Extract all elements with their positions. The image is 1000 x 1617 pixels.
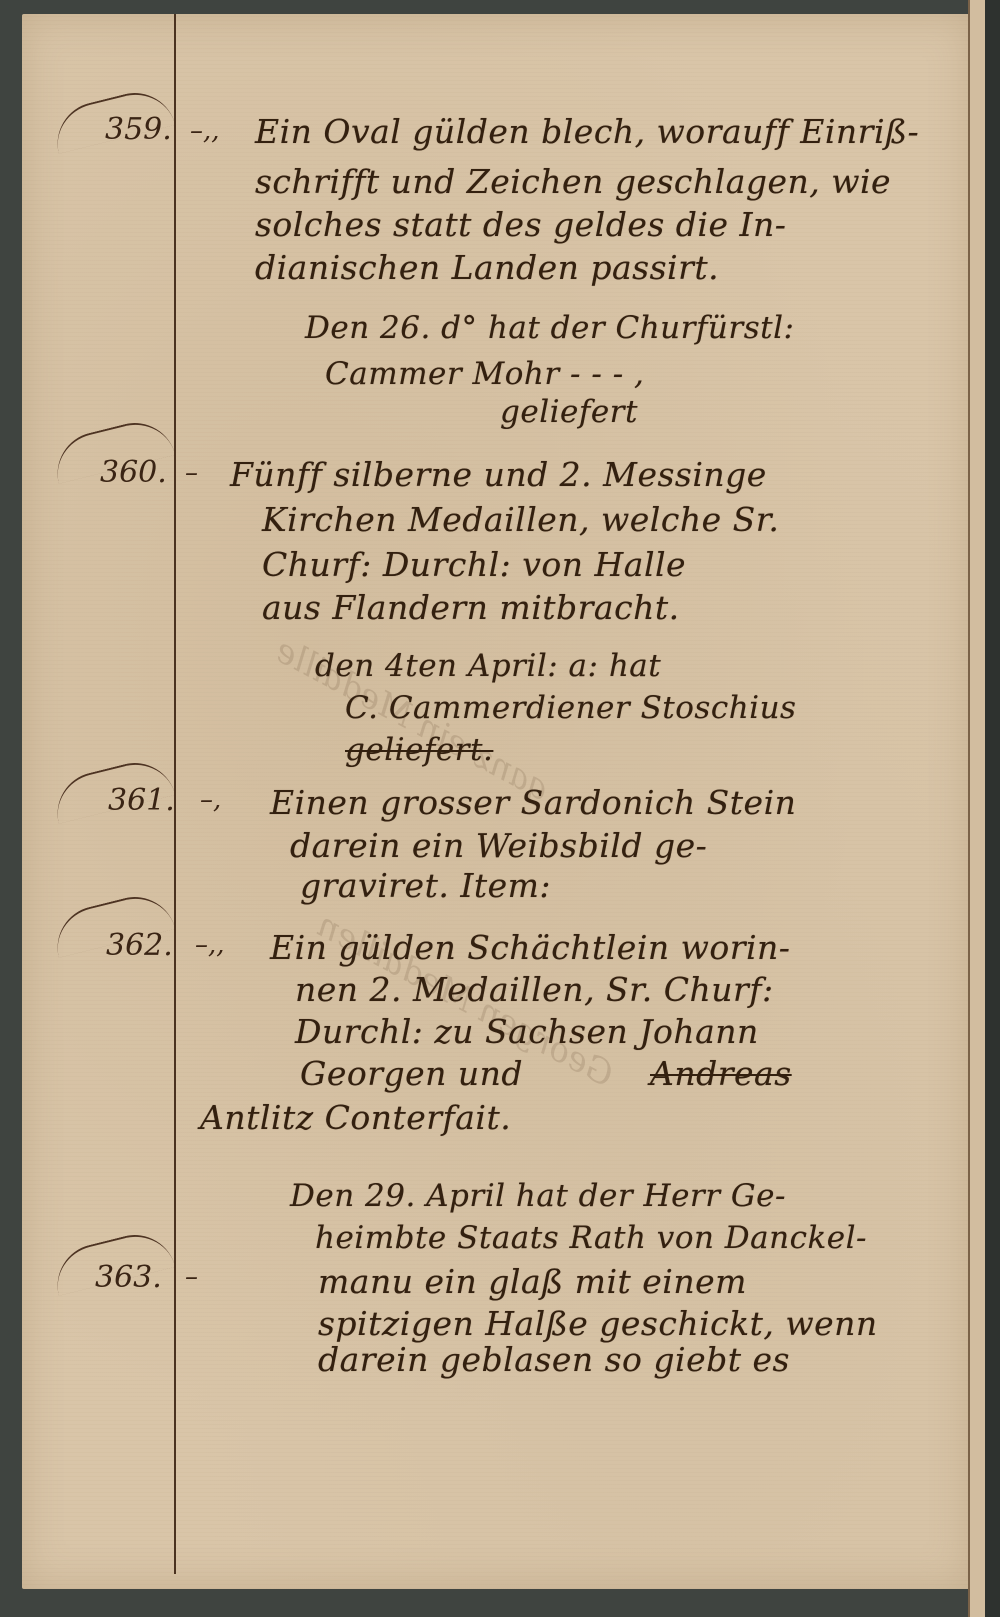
entry-text-line: darein geblasen so giebt es — [318, 1340, 790, 1379]
entry-text-line: dianischen Landen passirt. — [255, 248, 719, 287]
entry-text-line: Kirchen Medaillen, welche Sr. — [262, 500, 779, 539]
entry-text-line: schrifft und Zeichen geschlagen, wie — [255, 162, 891, 201]
delivery-note-line: den 4ten April: a: hat — [315, 648, 661, 684]
entry-text-line: Durchl: zu Sachsen Johann — [295, 1012, 759, 1051]
entry-text-line: manu ein glaß mit einem — [318, 1262, 747, 1301]
entry-text-line: darein ein Weibsbild ge- — [290, 826, 707, 865]
entry-text-line: solches statt des geldes die In- — [255, 205, 786, 244]
delivery-note-line: Cammer Mohr - - - , — [325, 356, 644, 392]
binding-edge — [985, 0, 1000, 1617]
delivery-note-line: geliefert — [500, 394, 638, 430]
entry-number: 363. — [95, 1260, 162, 1295]
entry-text-line: nen 2. Medaillen, Sr. Churf: — [295, 970, 774, 1009]
entry-dash: –,, — [195, 930, 225, 960]
entry-text-line: Churf: Durchl: von Halle — [262, 545, 686, 584]
entry-number: 362. — [106, 928, 173, 963]
entry-dash: –, — [200, 785, 221, 815]
entry-text-line: aus Flandern mitbracht. — [262, 588, 680, 627]
entry-text-line: Ein gülden Schächtlein worin- — [270, 928, 790, 967]
entry-text-line: graviret. Item: — [300, 866, 551, 905]
struck-out-word: Andreas — [650, 1054, 792, 1093]
entry-number: 360. — [100, 455, 167, 490]
delivery-note-line: heimbte Staats Rath von Danckel- — [315, 1220, 867, 1256]
entry-dash: – — [185, 458, 198, 488]
entry-dash: – — [185, 1262, 198, 1292]
delivery-note-line: Den 29. April hat der Herr Ge- — [290, 1178, 786, 1214]
entry-text-line: Einen grosser Sardonich Stein — [270, 783, 796, 822]
entry-text-line: Ein Oval gülden blech, worauff Einriß- — [255, 112, 919, 151]
entry-text-line: Antlitz Conterfait. — [200, 1098, 511, 1137]
entry-text-line: Georgen und — [300, 1054, 523, 1093]
delivery-note-line: C. Cammerdiener Stoschius — [345, 690, 796, 726]
entry-text-line: Fünff silberne und 2. Messinge — [230, 455, 767, 494]
entry-dash: –,, — [190, 116, 220, 146]
entry-number: 361. — [108, 783, 175, 818]
entry-text-line: spitzigen Halße geschickt, wenn — [318, 1304, 878, 1343]
delivery-note-line: geliefert. — [345, 732, 493, 768]
delivery-note-line: Den 26. d° hat der Churfürstl: — [305, 310, 794, 346]
entry-number: 359. — [105, 112, 172, 147]
